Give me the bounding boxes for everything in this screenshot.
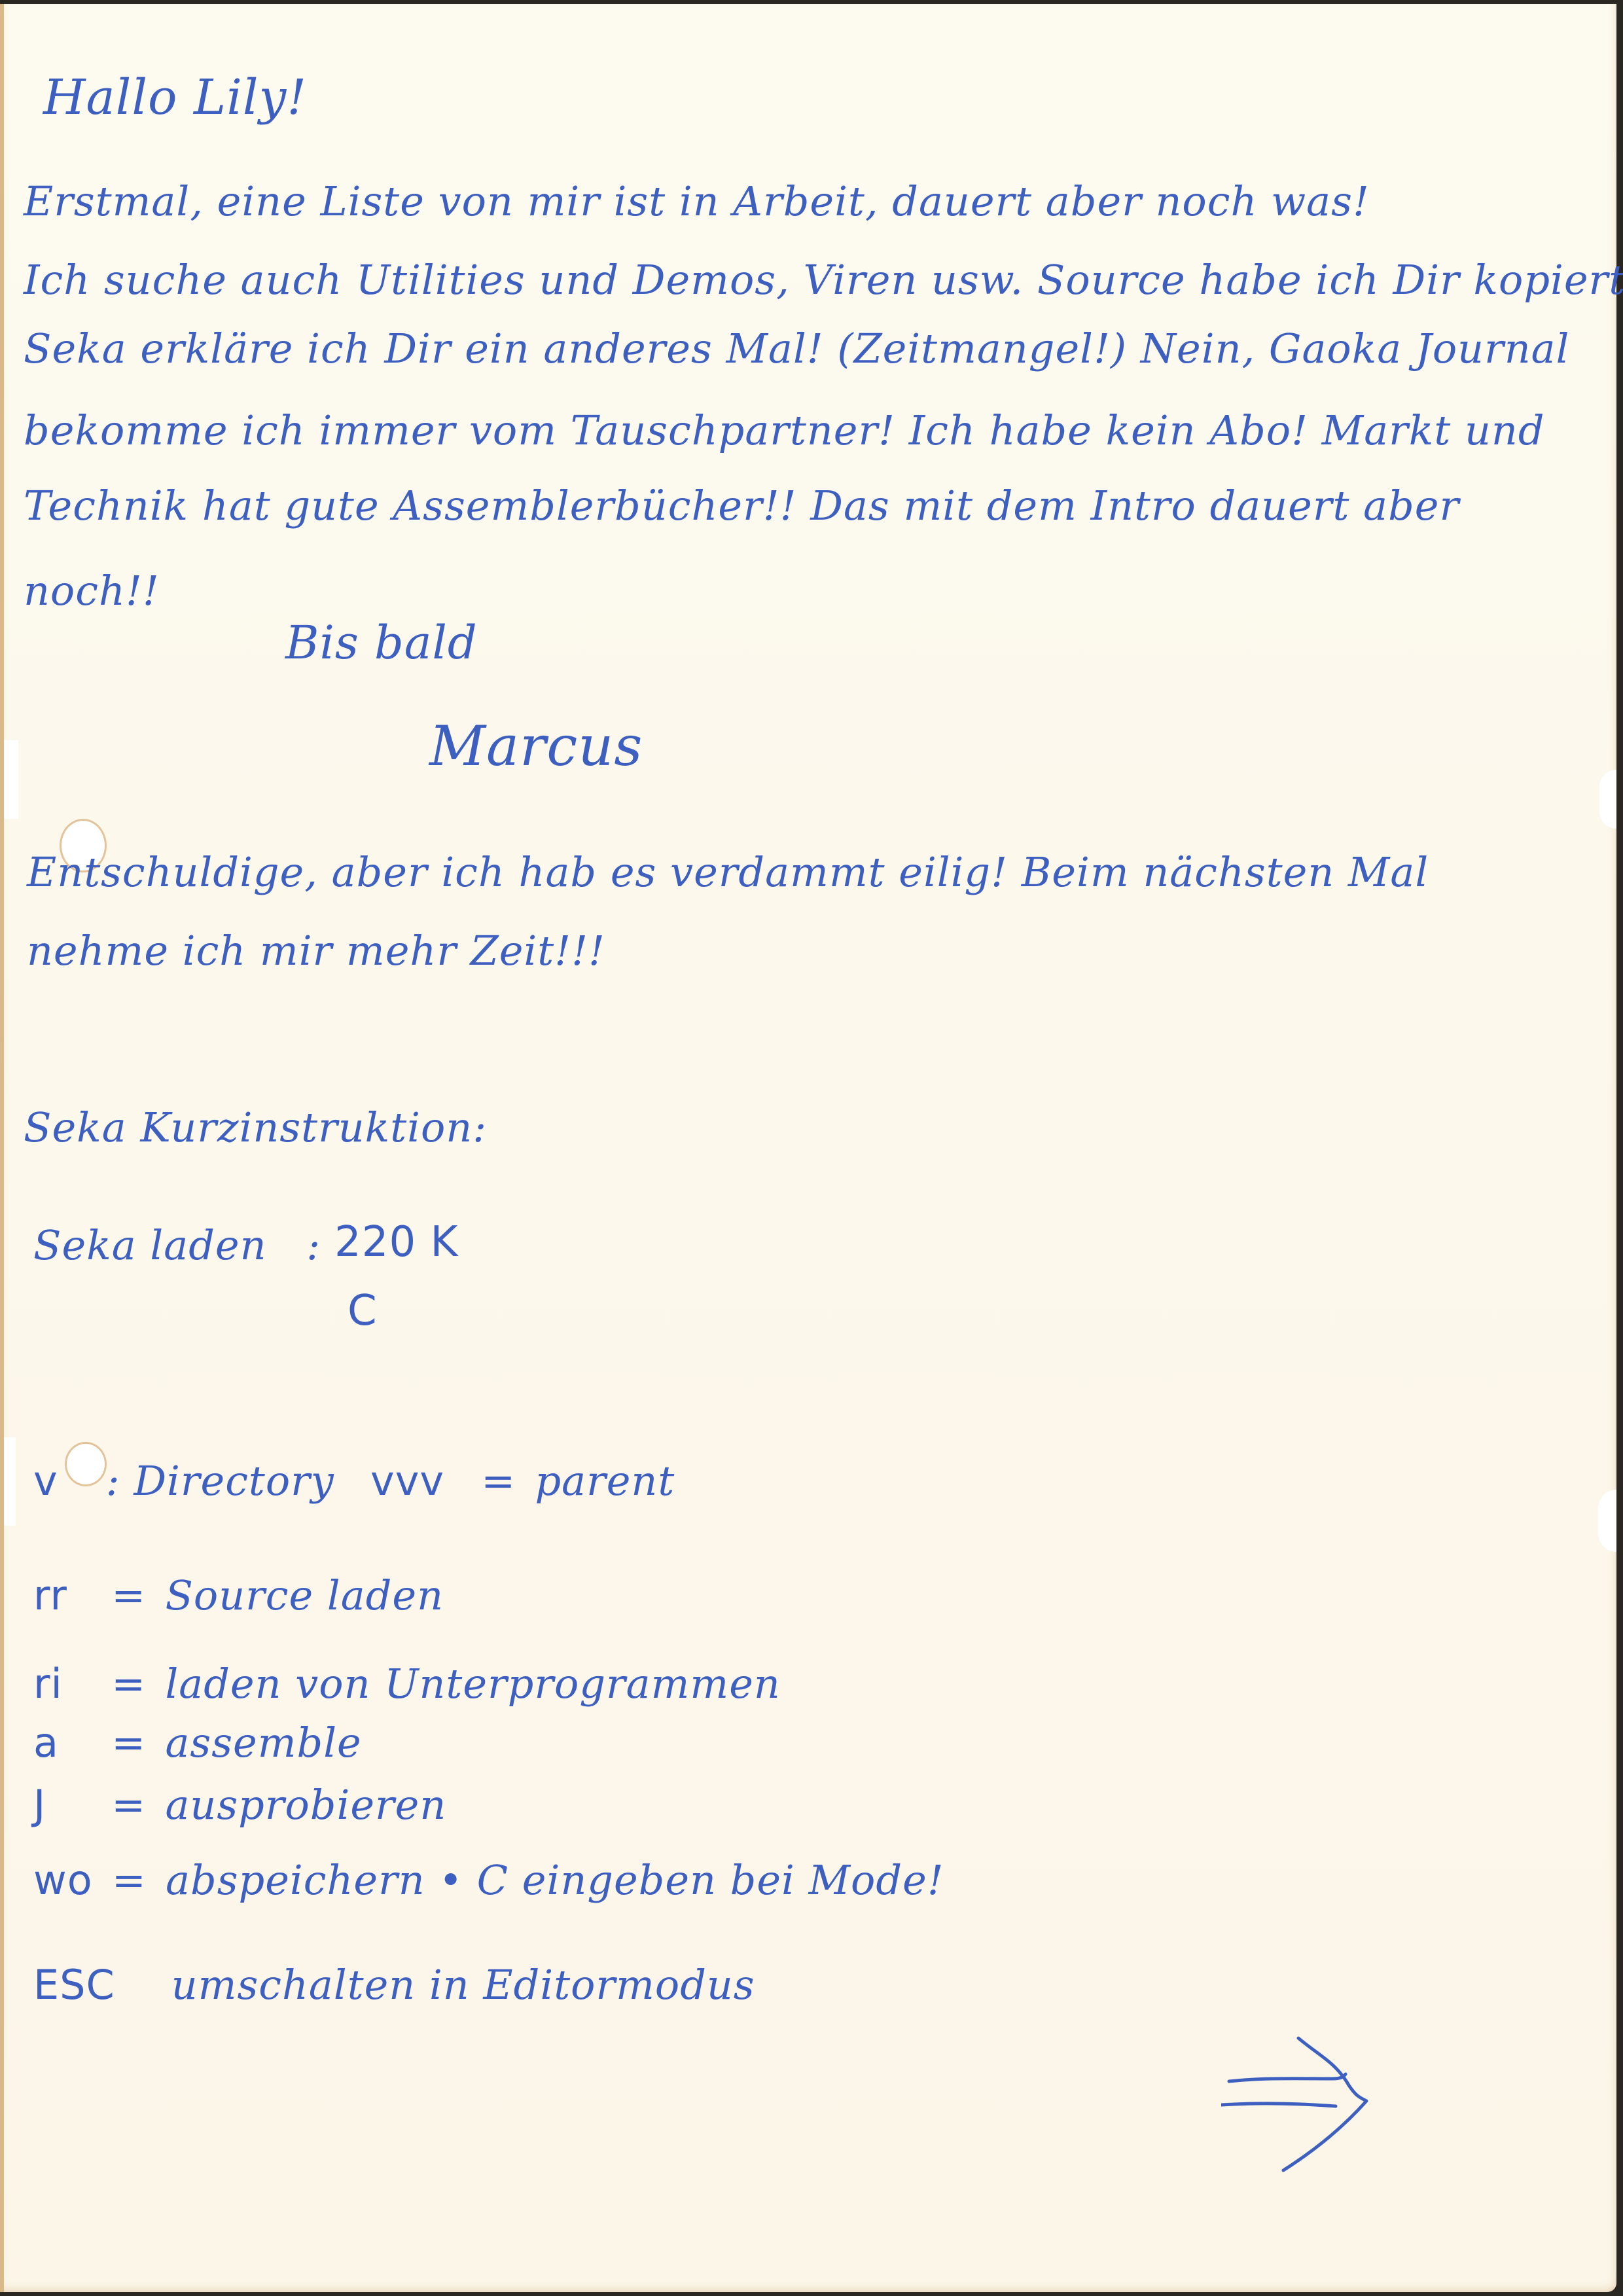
postscript-line: nehme ich mir mehr Zeit!!! (27, 927, 605, 975)
command-separator: = (476, 1457, 522, 1505)
seka-load-row: Seka laden : (33, 1221, 321, 1269)
command-description: parent (535, 1457, 675, 1505)
letter-body-line: Technik hat gute Assemblerbücher!! Das m… (24, 482, 1459, 529)
command-description: ausprobieren (165, 1781, 446, 1829)
command-key: v (33, 1457, 92, 1505)
instructions-title: Seka Kurzinstruktion: (24, 1103, 487, 1151)
command-separator: = (106, 1719, 152, 1767)
command-row: wo = abspeichern • C eingeben bei Mode! (33, 1856, 944, 1904)
paper-notch-right-2 (1598, 1490, 1616, 1552)
command-row: ri = laden von Unterprogrammen (33, 1660, 781, 1708)
seka-load-memory: 220 K (334, 1218, 458, 1266)
letter-body-line: bekomme ich immer vom Tauschpartner! Ich… (24, 406, 1545, 454)
letter-body-line: Erstmal, eine Liste von mir ist in Arbei… (24, 177, 1370, 225)
command-row: vvv = parent (370, 1457, 675, 1505)
seka-load-option: C (348, 1287, 378, 1335)
command-key: rr (33, 1571, 92, 1619)
command-row: ESC umschalten in Editormodus (33, 1961, 755, 2009)
letter-body-line: Ich suche auch Utilities und Demos, Vire… (24, 256, 1623, 304)
command-key: a (33, 1719, 92, 1767)
command-row: rr = Source laden (33, 1571, 444, 1619)
command-description: umschalten in Editormodus (171, 1961, 755, 2009)
command-row: a = assemble (33, 1719, 362, 1767)
paper-tear-left-2 (4, 1437, 16, 1526)
command-separator: = (106, 1856, 152, 1904)
command-key: ESC (33, 1961, 158, 2009)
command-description: Directory (134, 1457, 334, 1505)
command-description: assemble (165, 1719, 361, 1767)
command-separator: = (106, 1660, 152, 1708)
letter-body-line: noch!! (24, 567, 160, 615)
command-separator: = (106, 1571, 152, 1619)
command-description: Source laden (165, 1571, 444, 1619)
letter-greeting: Hallo Lily! (43, 69, 307, 126)
letter-signature: Marcus (429, 714, 643, 778)
letter-body-line: Seka erkläre ich Dir ein anderes Mal! (Z… (24, 325, 1569, 372)
letter-page: Hallo Lily! Erstmal, eine Liste von mir … (0, 4, 1616, 2292)
paper-tear-left-1 (4, 740, 18, 819)
paper-notch-right-1 (1599, 770, 1616, 829)
command-key: J (33, 1781, 92, 1829)
postscript-line: Entschuldige, aber ich hab es verdammt e… (27, 848, 1429, 896)
letter-closing: Bis bald (285, 616, 478, 670)
command-key: vvv (370, 1457, 462, 1505)
command-key: ri (33, 1660, 92, 1708)
seka-load-label: Seka laden (33, 1221, 267, 1269)
command-description: abspeichern • C eingeben bei Mode! (166, 1856, 944, 1904)
command-key: wo (33, 1856, 93, 1904)
command-row: v : Directory (33, 1457, 334, 1505)
command-description: laden von Unterprogrammen (165, 1660, 780, 1708)
seka-load-separator: : (306, 1221, 321, 1269)
command-row: J = ausprobieren (33, 1781, 446, 1829)
command-separator: : (106, 1457, 120, 1505)
command-separator: = (106, 1781, 152, 1829)
double-arrow-right-icon (1221, 2033, 1404, 2177)
